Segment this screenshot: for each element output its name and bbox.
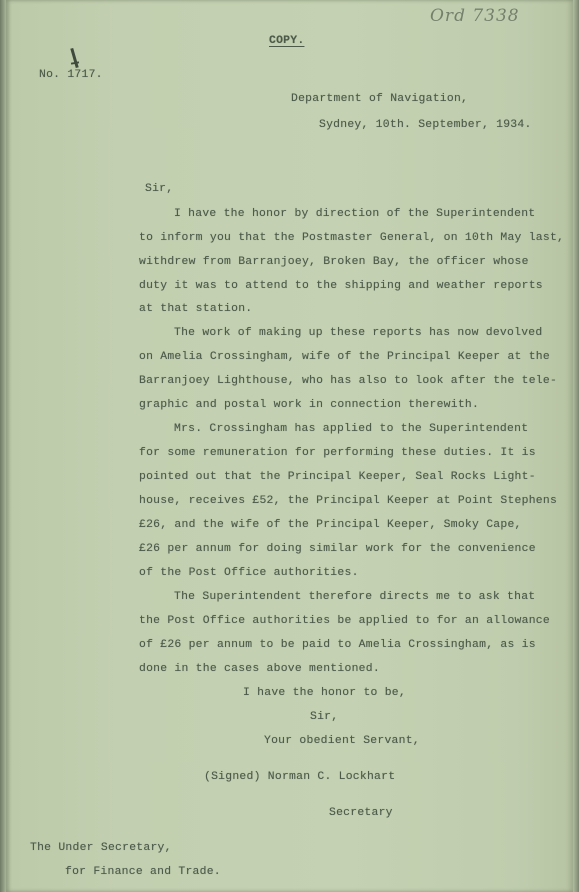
body-line: Barranjoey Lighthouse, who has also to l… xyxy=(139,375,557,387)
body-line: on Amelia Crossingham, wife of the Princ… xyxy=(139,351,550,363)
addressee-line-2: for Finance and Trade. xyxy=(65,866,221,878)
addressee-line-1: The Under Secretary, xyxy=(30,842,172,854)
body-line: of £26 per annum to be paid to Amelia Cr… xyxy=(139,639,536,651)
body-line: £26, and the wife of the Principal Keepe… xyxy=(139,519,522,531)
closing-line-2: Sir, xyxy=(310,711,338,723)
body-line: house, receives £52, the Principal Keepe… xyxy=(139,495,557,507)
body-line: The Superintendent therefore directs me … xyxy=(174,591,535,603)
reference-number: No. 1717. xyxy=(39,69,103,81)
body-line: graphic and postal work in connection th… xyxy=(139,399,479,411)
department-name: Department of Navigation, xyxy=(291,93,468,105)
signatory-title: Secretary xyxy=(329,807,393,819)
salutation: Sir, xyxy=(145,183,173,195)
body-line: at that station. xyxy=(139,303,252,315)
body-line: I have the honor by direction of the Sup… xyxy=(174,208,535,220)
body-line: pointed out that the Principal Keeper, S… xyxy=(139,471,536,483)
handwritten-tick-mark xyxy=(70,48,78,68)
closing-line-1: I have the honor to be, xyxy=(243,687,406,699)
closing-line-3: Your obedient Servant, xyxy=(264,735,420,747)
body-line: done in the cases above mentioned. xyxy=(139,663,380,675)
handwritten-reference: Ord 7338 xyxy=(430,6,520,26)
body-line: withdrew from Barranjoey, Broken Bay, th… xyxy=(139,256,529,268)
letter-page: Ord 7338 COPY. No. 1717. Department of N… xyxy=(6,0,573,892)
signature-line: (Signed) Norman C. Lockhart xyxy=(204,771,395,783)
body-line: to inform you that the Postmaster Genera… xyxy=(139,232,564,244)
body-line: the Post Office authorities be applied t… xyxy=(139,615,550,627)
place-date: Sydney, 10th. September, 1934. xyxy=(319,119,532,131)
body-line: for some remuneration for performing the… xyxy=(139,447,536,459)
body-line: duty it was to attend to the shipping an… xyxy=(139,280,543,292)
body-line: of the Post Office authorities. xyxy=(139,567,359,579)
scan-edge-right xyxy=(573,0,579,892)
body-line: The work of making up these reports has … xyxy=(174,327,542,339)
copy-heading: COPY. xyxy=(269,35,304,47)
body-line: Mrs. Crossingham has applied to the Supe… xyxy=(174,423,528,435)
body-line: £26 per annum for doing similar work for… xyxy=(139,543,536,555)
